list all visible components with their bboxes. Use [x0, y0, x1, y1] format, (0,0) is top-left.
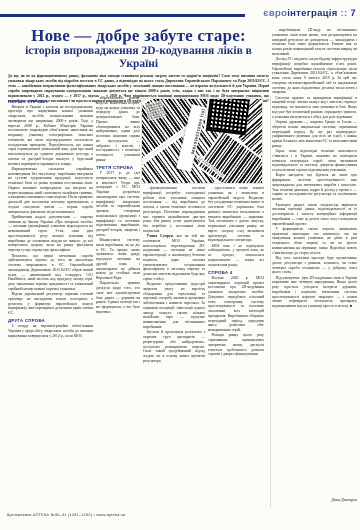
article-title: Нове — добре забуте старе: — [8, 26, 269, 45]
body-paragraph: Уляна Супрун, яка на той час очолювала М… — [143, 234, 205, 282]
body-paragraph: У фармацевтів, своєю чергою, виникають п… — [272, 227, 357, 256]
body-paragraph: Від того, наскільки прозоро буде організ… — [272, 256, 357, 275]
pull-quote: МОЗ так і не порахувало собівартість: у … — [208, 244, 264, 268]
column-4: …простежити шлях кожної упаковки, як і з… — [208, 186, 264, 508]
body-paragraph: запропонувало власну модель: нанесення ш… — [96, 96, 140, 163]
column-1: ПЕРША СПРОБА Вперше в Україні і загалом … — [8, 96, 93, 508]
body-paragraph: Варто нагадати, що йдеться не лише про ф… — [272, 173, 357, 202]
body-paragraph: Підсумовуючи: ідея 2D-кодування ліків в … — [272, 276, 357, 309]
body-paragraph: Реакція ринку цього разу стриманіша: при… — [208, 333, 264, 357]
body-paragraph: Система працює за принципом верифікації … — [272, 96, 357, 120]
page-number: 7 — [350, 8, 356, 19]
datamatrix-icon — [204, 99, 250, 135]
author-byline: Дана Дмитрук — [272, 497, 357, 502]
body-paragraph: Вперше в Україні і загалом на пострадянс… — [8, 105, 93, 167]
column-3: …функціонування системи верифікації потр… — [143, 186, 205, 508]
footer-issue-line: Щотижневик АПТЕКА №30–31 (1251–1252) • w… — [7, 512, 125, 517]
column-5: …виробництво: 2D-коду на вітчизняних упа… — [272, 28, 357, 508]
body-paragraph: Восени 2020 р. МОЗ оприлюднило черговий … — [208, 276, 264, 333]
column-2: запропонувало власну модель: нанесення ш… — [96, 96, 140, 508]
body-paragraph: Фінансувати систему мали виробники, як ц… — [96, 238, 140, 281]
column-5-text: …виробництво: 2D-коду на вітчизняних упа… — [272, 28, 357, 494]
body-paragraph: …функціонування системи верифікації потр… — [143, 186, 205, 234]
columns-3-4-group: (01) 04601234567890 1234567890128 …функц… — [143, 96, 264, 508]
section-rule — [0, 14, 245, 17]
body-paragraph: Експерти радять також заздалегідь виріши… — [272, 203, 357, 227]
body-text: Підсумовуючи: ідея 2D-кодування ліків в … — [272, 276, 357, 309]
bold-name: Уляна Супрун — [147, 234, 173, 238]
newspaper-page: євроінтеграція :: 7 Нове — добре забуте … — [0, 0, 360, 530]
heading-druha-sproba: ДРУГА СПРОБА — [8, 318, 93, 323]
section-separator: :: — [338, 8, 351, 19]
body-paragraph: Звучала й пропозиція розпочати з окремих… — [143, 330, 205, 363]
section-label-light: євро — [263, 8, 287, 19]
article-header: Нове — добре забуте старе: історія впров… — [8, 26, 269, 104]
column-divider — [270, 96, 271, 508]
body-paragraph: …виробництво: 2D-коду на вітчизняних упа… — [272, 28, 357, 57]
body-paragraph: З огляду на євроінтеграційні зобов’язанн… — [8, 324, 93, 338]
body-paragraph: Окремі держави — зокрема Греція та Італі… — [272, 120, 357, 149]
body-paragraph: …простежити шлях кожної упаковки, як і з… — [208, 186, 264, 243]
heading-tretia-sproba: ТРЕТЯ СПРОБА — [96, 165, 140, 170]
body-paragraph: Паралельно тривала дискусія щодо того, х… — [96, 281, 140, 314]
heading-persha-sproba: ПЕРША СПРОБА — [8, 99, 93, 104]
body-text: , яка на той час очолювала МОЗ України, … — [143, 234, 205, 281]
body-paragraph: Водночас представники індустрії звертали… — [143, 282, 205, 330]
section-label-bold: інтеграція — [287, 8, 337, 19]
body-paragraph: Відтак український регулятор отримав гот… — [8, 292, 93, 316]
article-columns: ПЕРША СПРОБА Вперше в Україні і загалом … — [8, 96, 269, 508]
barcode-photo: (01) 04601234567890 1234567890128 — [142, 99, 262, 183]
body-paragraph: Фармацевтична спільнота сприйняла нововв… — [8, 167, 93, 215]
section-header: євроінтеграція :: 7 — [263, 8, 356, 19]
body-paragraph: У 2017 р. до ідеї повернулися знову — вж… — [96, 171, 140, 238]
body-paragraph: Показово, що перші вітчизняні спроби зді… — [8, 254, 93, 292]
heading-sproba-4: СПРОБА 4 — [208, 270, 264, 275]
article-end-icon: ■ — [350, 304, 352, 308]
body-paragraph: Зараз, коли відповідні технічні можливос… — [272, 149, 357, 173]
article-subtitle: історія впровадження 2D-кодування ліків … — [8, 45, 269, 71]
body-paragraph: Досвід ЄС свідчить: на розбудову інфраст… — [272, 57, 357, 95]
body-paragraph: Прийнятими надалі документами — зокрема … — [8, 215, 93, 253]
